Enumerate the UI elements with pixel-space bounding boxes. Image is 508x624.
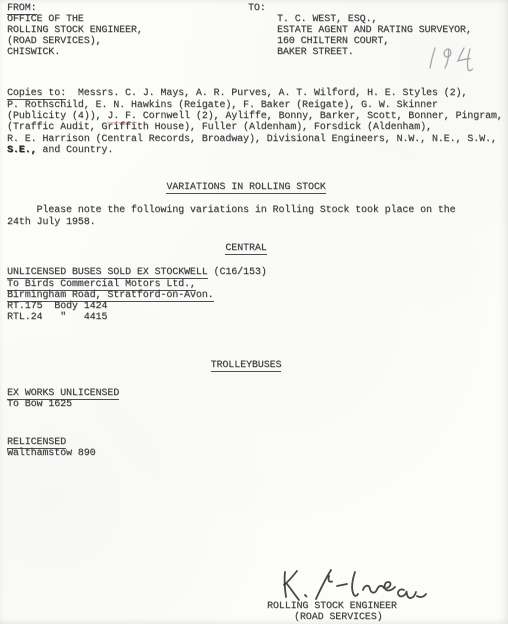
from-line-1: OFFICE OF THE (7, 14, 84, 25)
from-line-4: CHISWICK. (7, 47, 60, 58)
trolleybuses-heading: TROLLEYBUSES (7, 360, 485, 371)
ex-works-heading: EX WORKS UNLICENSED (7, 388, 119, 399)
trolleybuses-heading-text: TROLLEYBUSES (211, 360, 282, 372)
copies-line-6-smudge: S.E., (7, 145, 37, 156)
document-title: VARIATIONS IN ROLLING STOCK (7, 182, 485, 193)
copies-line-6: S.E., and Country. (7, 145, 113, 156)
relicensed-line: Walthamstow 890 (7, 448, 96, 459)
copies-line-6-rest: and Country. (37, 145, 114, 156)
signature-typed-title: ROLLING STOCK ENGINEER (267, 601, 397, 612)
from-line-3: (ROAD SERVICES), (7, 36, 101, 47)
central-heading-text: CENTRAL (225, 243, 266, 255)
copies-line-1-text: Messrs. C. J. Mays, A. R. Purves, A. T. … (66, 88, 467, 99)
intro-line-2: 24th July 1958. (7, 217, 96, 228)
from-label: FROM: (7, 3, 37, 14)
central-stock-row-2: RTL.24 " 4415 (7, 312, 107, 323)
central-address-line-1: To Birds Commercial Motors Ltd., (7, 279, 196, 290)
pencil-annotation-194 (418, 44, 480, 78)
copies-line-3: (Publicity (4)), J. F. Cornwell (2), Ayl… (7, 111, 503, 122)
to-line-2: ESTATE AGENT AND RATING SURVEYOR, (277, 25, 472, 36)
copies-line-1: Copies to: Messrs. C. J. Mays, A. R. Pur… (7, 88, 467, 99)
copies-line-2: P. Rothschild, E. N. Hawkins (Reigate), … (7, 100, 438, 111)
central-heading: CENTRAL (7, 243, 485, 254)
from-line-2: ROLLING STOCK ENGINEER, (7, 25, 143, 36)
copies-line-3-post: Cornwell (2), Ayliffe, Bonny, Barker, Sc… (137, 111, 503, 122)
ex-works-line: To Bow 1625 (7, 399, 72, 410)
to-label: TO: (248, 3, 266, 14)
to-line-1: T. C. WEST, ESQ., (277, 14, 377, 25)
central-stock-row-1: RT.175 Body 1424 (7, 301, 107, 312)
document-title-text: VARIATIONS IN ROLLING STOCK (166, 182, 325, 194)
to-line-4: BAKER STREET. (277, 47, 354, 58)
copies-line-5: R. E. Harrison (Central Records, Broadwa… (7, 134, 497, 145)
central-subheading: UNLICENSED BUSES SOLD EX STOCKWELL (C16/… (7, 267, 267, 278)
central-address-line-2: Birmingham Road, Stratford-on-Avon. (7, 290, 214, 301)
central-subheading-ref: (C16/153) (208, 267, 267, 278)
signature-typed-subtitle: (ROAD SERVICES) (294, 612, 383, 623)
relicensed-heading: RELICENSED (7, 437, 66, 448)
handwritten-signature (276, 569, 446, 603)
intro-line-1: Please note the following variations in … (7, 205, 455, 216)
copies-label: Copies to: (7, 88, 66, 100)
copies-line-4: (Traffic Audit, Griffith House), Fuller … (7, 122, 432, 133)
scanned-letter-page: FROM: OFFICE OF THE ROLLING STOCK ENGINE… (0, 0, 508, 624)
copies-line-3-pre: (Publicity (4)), (7, 111, 107, 122)
central-subheading-text: UNLICENSED BUSES SOLD EX STOCKWELL (7, 267, 208, 279)
to-line-3: 160 CHILTERN COURT, (277, 36, 389, 47)
